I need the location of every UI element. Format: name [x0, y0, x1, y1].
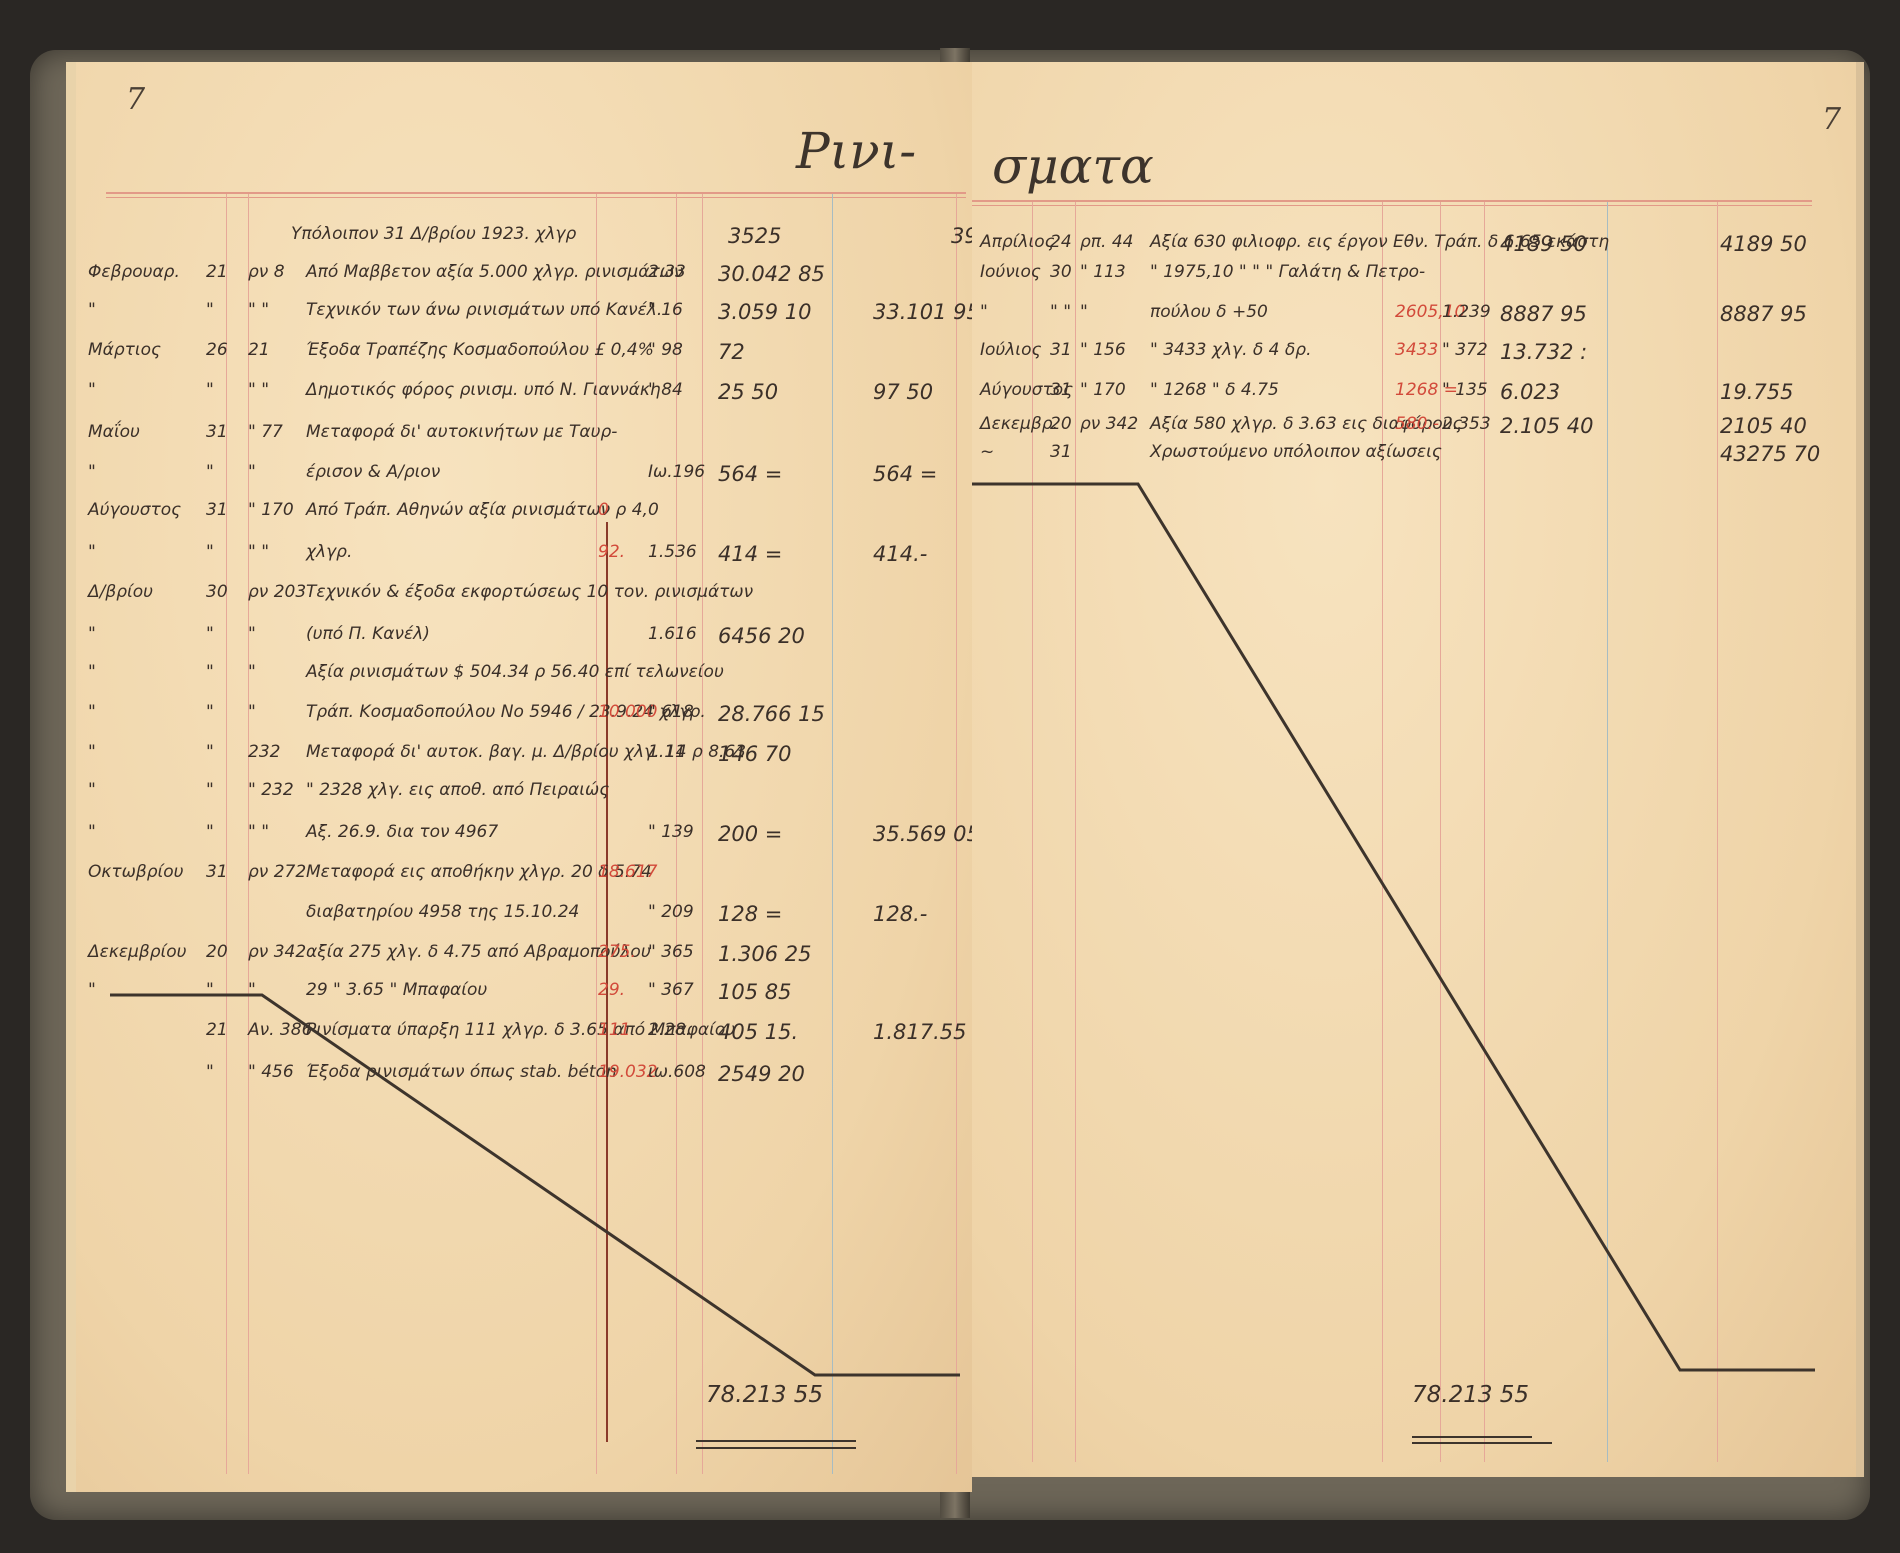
cancellation-stroke: [0, 0, 1900, 1553]
